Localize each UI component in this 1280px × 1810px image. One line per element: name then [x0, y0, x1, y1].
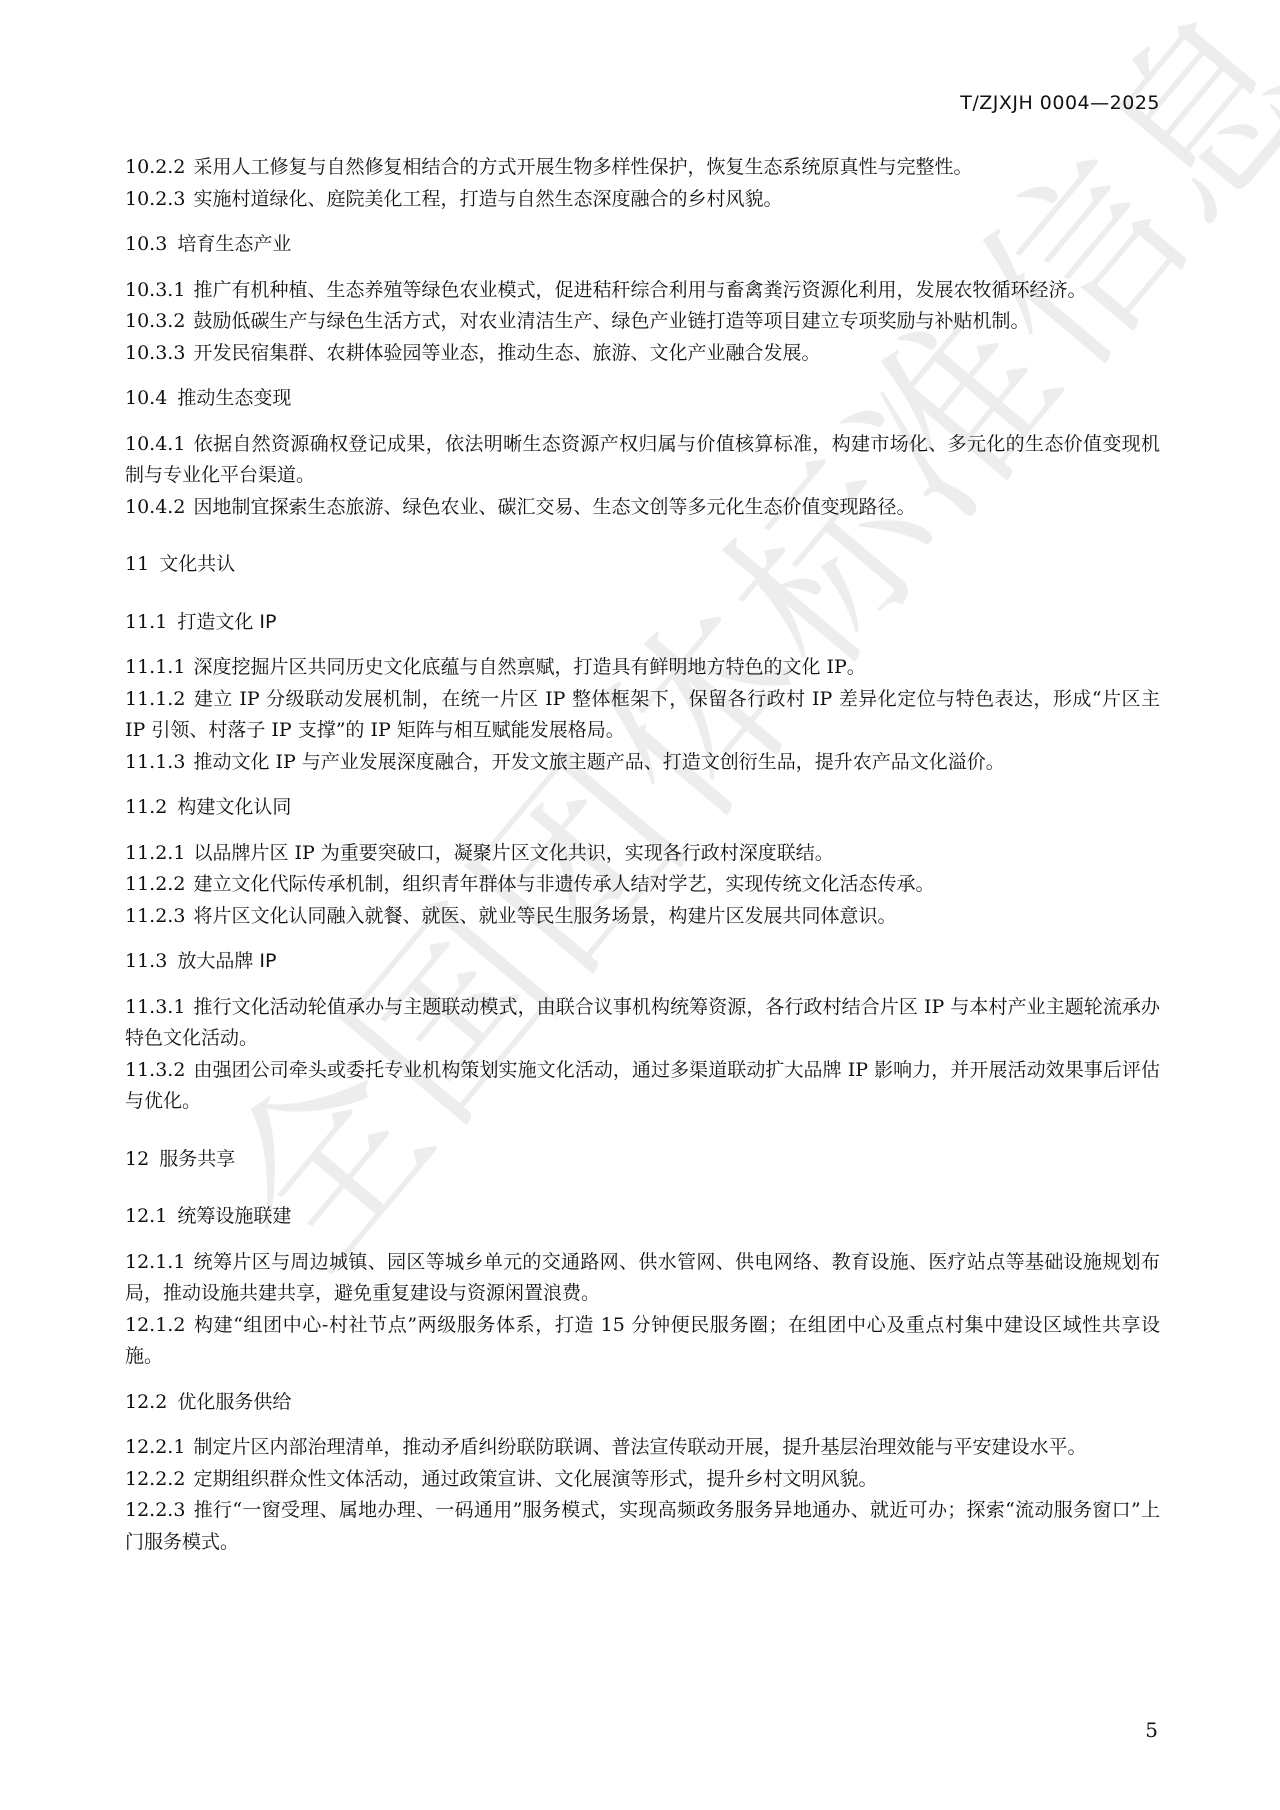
clause: 11.1.2建立 IP 分级联动发展机制，在统一片区 IP 整体框架下，保留各行… [125, 684, 1160, 747]
clause: 11.2.1以品牌片区 IP 为重要突破口，凝聚片区文化共识，实现各行政村深度联… [125, 838, 1160, 870]
clause: 11.1.1深度挖掘片区共同历史文化底蕴与自然禀赋，打造具有鲜明地方特色的文化 … [125, 652, 1160, 684]
clause: 10.3.3开发民宿集群、农耕体验园等业态，推动生态、旅游、文化产业融合发展。 [125, 338, 1160, 370]
clause: 11.2.2建立文化代际传承机制，组织青年群体与非遗传承人结对学艺，实现传统文化… [125, 869, 1160, 901]
section-heading: 11.1打造文化 IP [125, 607, 1160, 639]
clause: 12.1.1统筹片区与周边城镇、园区等城乡单元的交通路网、供水管网、供电网络、教… [125, 1247, 1160, 1310]
clause: 12.2.1制定片区内部治理清单，推动矛盾纠纷联防联调、普法宣传联动开展，提升基… [125, 1432, 1160, 1464]
section-heading: 11.3放大品牌 IP [125, 946, 1160, 978]
section-heading: 12.1统筹设施联建 [125, 1201, 1160, 1233]
clause: 10.4.1依据自然资源确权登记成果，依法明晰生态资源产权归属与价值核算标准，构… [125, 429, 1160, 492]
clause: 10.4.2因地制宜探索生态旅游、绿色农业、碳汇交易、生态文创等多元化生态价值变… [125, 492, 1160, 524]
clause: 11.3.2由强团公司牵头或委托专业机构策划实施文化活动，通过多渠道联动扩大品牌… [125, 1055, 1160, 1118]
clause: 11.1.3推动文化 IP 与产业发展深度融合，开发文旅主题产品、打造文创衍生品… [125, 747, 1160, 779]
page-number: 5 [1145, 1718, 1158, 1742]
chapter-heading: 12服务共享 [125, 1144, 1160, 1176]
clause: 10.3.1推广有机种植、生态养殖等绿色农业模式，促进秸秆综合利用与畜禽粪污资源… [125, 275, 1160, 307]
clause: 11.2.3将片区文化认同融入就餐、就医、就业等民生服务场景，构建片区发展共同体… [125, 901, 1160, 933]
clause: 10.3.2鼓励低碳生产与绿色生活方式，对农业清洁生产、绿色产业链打造等项目建立… [125, 306, 1160, 338]
standard-code: T/ZJXJH 0004—2025 [960, 92, 1160, 114]
section-heading: 11.2构建文化认同 [125, 792, 1160, 824]
clause: 10.2.2采用人工修复与自然修复相结合的方式开展生物多样性保护，恢复生态系统原… [125, 152, 1160, 184]
section-heading: 10.4推动生态变现 [125, 383, 1160, 415]
clause: 11.3.1推行文化活动轮值承办与主题联动模式，由联合议事机构统筹资源，各行政村… [125, 992, 1160, 1055]
clause: 12.1.2构建“组团中心-村社节点”两级服务体系，打造 15 分钟便民服务圈；… [125, 1310, 1160, 1373]
clause: 12.2.3推行“一窗受理、属地办理、一码通用”服务模式，实现高频政务服务异地通… [125, 1495, 1160, 1558]
document-body: 10.2.2采用人工修复与自然修复相结合的方式开展生物多样性保护，恢复生态系统原… [125, 152, 1160, 1558]
section-heading: 12.2优化服务供给 [125, 1387, 1160, 1419]
chapter-heading: 11文化共认 [125, 549, 1160, 581]
section-heading: 10.3培育生态产业 [125, 229, 1160, 261]
clause: 12.2.2定期组织群众性文体活动，通过政策宣讲、文化展演等形式，提升乡村文明风… [125, 1464, 1160, 1496]
document-page: 全国团体标准信息平台 T/ZJXJH 0004—2025 10.2.2采用人工修… [0, 0, 1280, 1810]
clause: 10.2.3实施村道绿化、庭院美化工程，打造与自然生态深度融合的乡村风貌。 [125, 184, 1160, 216]
